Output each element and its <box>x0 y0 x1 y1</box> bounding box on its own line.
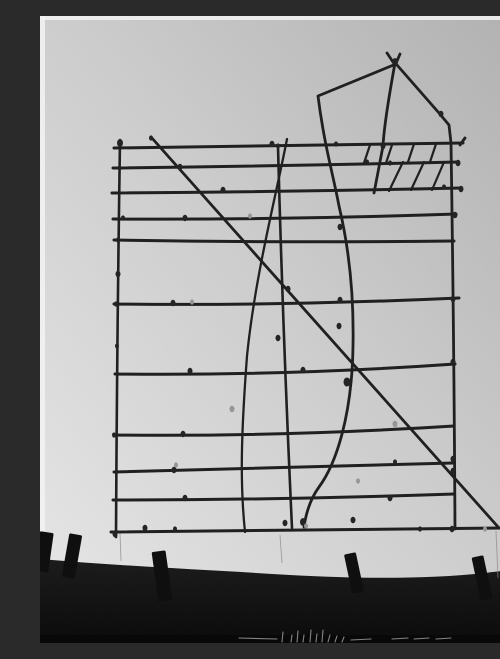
shell-knot <box>121 215 125 220</box>
shell-knot <box>283 520 288 527</box>
shell-knot <box>149 135 153 140</box>
photo-paper-background <box>40 16 500 643</box>
horizontal-stick <box>114 240 454 242</box>
shell-knot <box>456 160 461 167</box>
shell-knot <box>453 212 458 219</box>
shell-knot <box>459 186 464 193</box>
shell-knot <box>442 184 446 189</box>
shell-knot <box>388 495 393 502</box>
shell-knot <box>188 368 193 375</box>
shell-knot <box>393 459 397 464</box>
shell-knot <box>304 523 308 528</box>
shell-knot <box>276 335 281 342</box>
shell-knot <box>338 297 343 304</box>
shell-knot <box>174 462 178 467</box>
shell-knot <box>451 456 456 463</box>
shell-knot <box>171 300 176 307</box>
shell-knot <box>337 323 342 330</box>
shell-knot <box>116 237 120 242</box>
shell-knot <box>112 432 116 437</box>
shell-knot <box>334 141 338 146</box>
shell-knot <box>183 215 188 222</box>
shell-knot <box>276 143 280 148</box>
shell-knot <box>392 58 398 66</box>
shell-knot <box>286 286 291 293</box>
shell-knot <box>381 143 386 150</box>
shell-knot <box>418 526 422 531</box>
shell-knot <box>143 525 148 532</box>
shell-knot <box>230 406 235 413</box>
shell-knot <box>338 224 343 231</box>
shell-knot <box>117 139 123 147</box>
shell-knot <box>365 159 369 164</box>
shell-knot <box>248 213 252 218</box>
print-margin-strip <box>40 16 500 20</box>
shell-knot <box>451 296 456 303</box>
shell-knot <box>172 467 177 474</box>
shell-knot <box>116 271 121 278</box>
shell-knot <box>221 187 226 194</box>
shell-knot <box>451 359 456 366</box>
shell-knot <box>115 343 119 348</box>
stick-chart-photo-svg <box>40 16 500 643</box>
shell-knot <box>344 377 351 386</box>
shell-knot <box>439 111 444 118</box>
shell-knot <box>173 526 177 531</box>
shell-knot <box>451 468 456 475</box>
shell-knot <box>301 367 306 374</box>
shell-knot <box>388 160 392 165</box>
stick-chart-photograph: Black-and-white photograph of a Marshall… <box>40 16 500 643</box>
wall-background <box>40 16 500 643</box>
shell-knot <box>351 517 356 524</box>
print-margin-strip <box>40 16 45 559</box>
shell-knot <box>483 526 487 531</box>
shell-knot <box>450 526 455 533</box>
shell-knot <box>178 164 183 171</box>
shell-knot <box>113 531 118 538</box>
shell-knot <box>270 141 275 148</box>
shell-knot <box>356 478 360 483</box>
shell-knot <box>183 495 188 502</box>
shell-knot <box>190 299 194 304</box>
shell-knot <box>114 301 118 306</box>
shell-knot <box>393 421 398 428</box>
shell-knot <box>181 431 186 438</box>
